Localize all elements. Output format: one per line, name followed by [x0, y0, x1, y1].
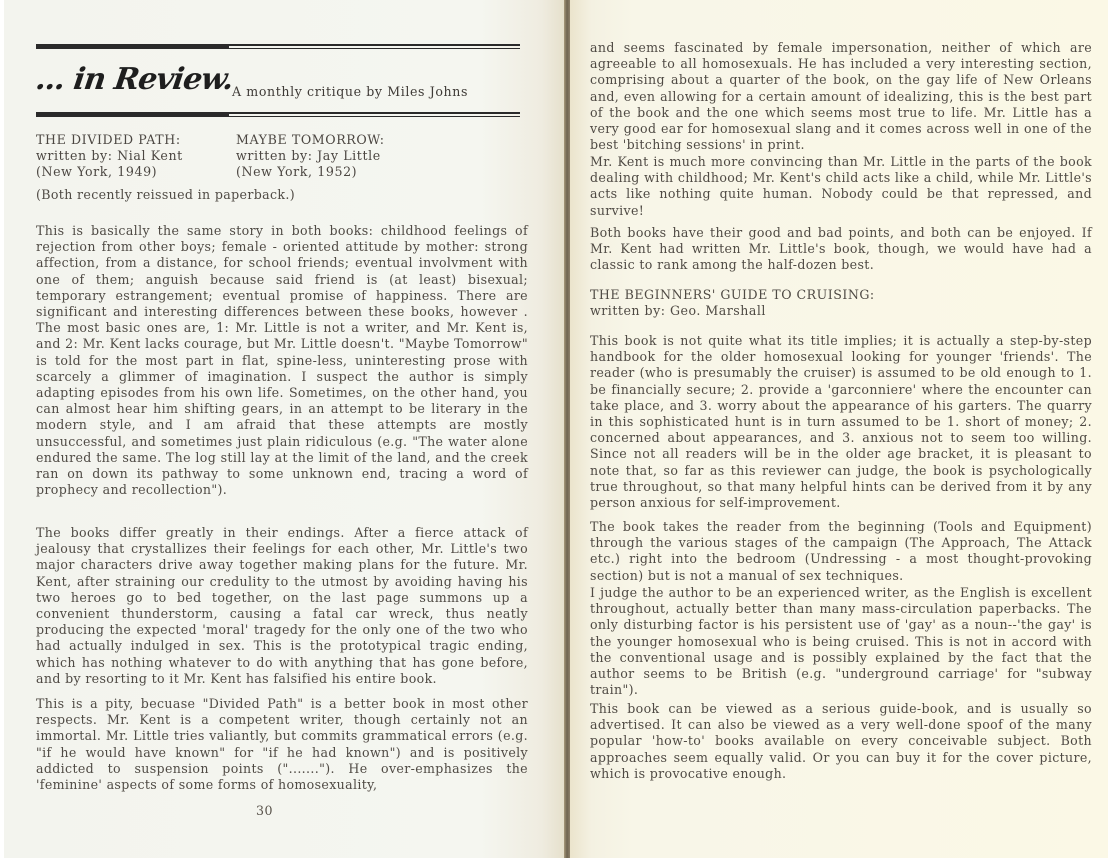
column-header: ... in Review. A monthly critique by Mil…: [36, 44, 520, 98]
header-rule-top: [36, 44, 520, 49]
book-title: THE DIVIDED PATH:: [36, 132, 256, 148]
book-entry: THE DIVIDED PATH: written by: Nial Kent …: [36, 132, 256, 180]
book-title: THE BEGINNERS' GUIDE TO CRUISING:: [590, 287, 875, 303]
book-publication: (New York, 1949): [36, 164, 256, 180]
book-title: MAYBE TOMORROW:: [236, 132, 456, 148]
book-entry: MAYBE TOMORROW: written by: Jay Little (…: [236, 132, 456, 180]
paragraph: This book is not quite what its title im…: [590, 333, 1092, 511]
paragraph: This book can be viewed as a serious gui…: [590, 701, 1092, 782]
reissue-note: (Both recently reissued in paperback.): [36, 187, 526, 203]
page-number: 30: [256, 803, 273, 818]
book-author: written by: Nial Kent: [36, 148, 256, 164]
right-page: and seems fascinated by female impersona…: [570, 0, 1108, 858]
paragraph: The book takes the reader from the begin…: [590, 519, 1092, 584]
paragraph: This is a pity, becuase "Divided Path" i…: [36, 696, 528, 793]
column-subtitle: A monthly critique by Miles Johns: [232, 84, 468, 99]
paragraph: I judge the author to be an experienced …: [590, 585, 1092, 698]
header-rule-bottom: [36, 112, 520, 117]
paragraph: This is basically the same story in both…: [36, 223, 528, 498]
third-book-entry: THE BEGINNERS' GUIDE TO CRUISING: writte…: [590, 287, 875, 319]
paragraph: Mr. Kent is much more convincing than Mr…: [590, 154, 1092, 219]
book-author: written by: Jay Little: [236, 148, 456, 164]
book-author: written by: Geo. Marshall: [590, 303, 875, 319]
paragraph: and seems fascinated by female impersona…: [590, 40, 1092, 153]
paragraph: The books differ greatly in their ending…: [36, 525, 528, 687]
book-publication: (New York, 1952): [236, 164, 456, 180]
magazine-spread: ... in Review. A monthly critique by Mil…: [4, 0, 1108, 858]
in-review-logo: ... in Review.: [34, 62, 236, 97]
left-page: ... in Review. A monthly critique by Mil…: [4, 0, 564, 858]
paragraph: Both books have their good and bad point…: [590, 225, 1092, 274]
